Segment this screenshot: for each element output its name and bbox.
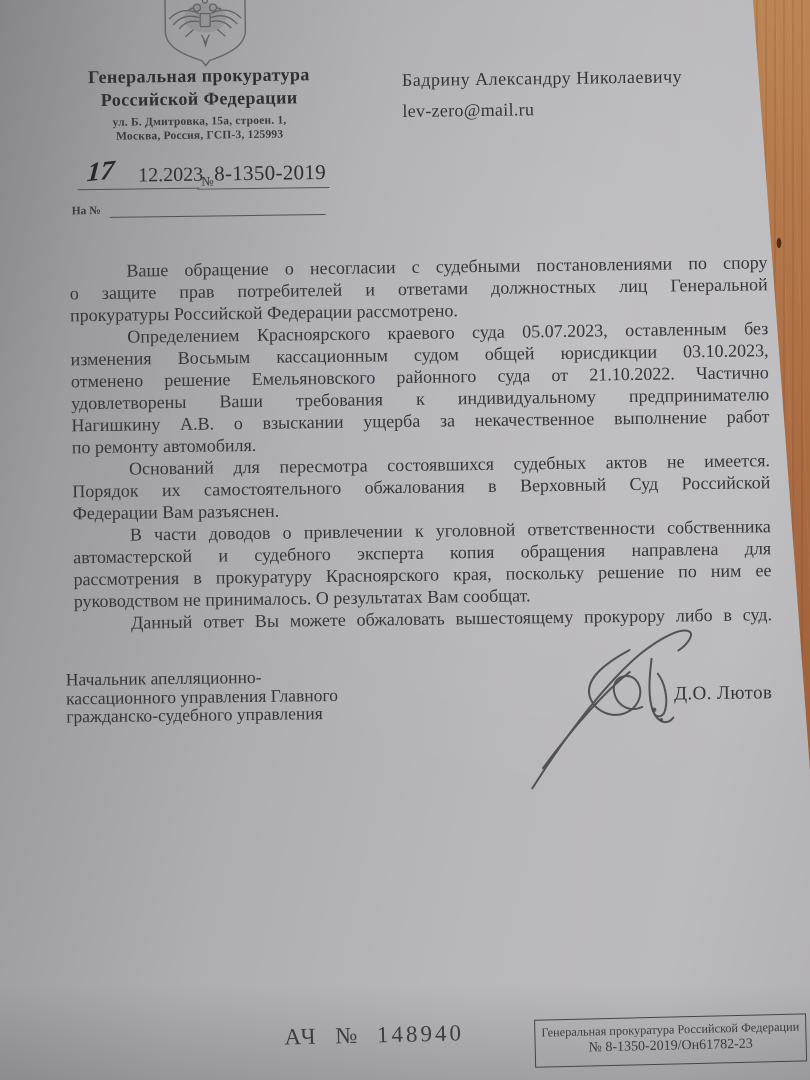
signer-position: Начальник апелляционно- кассационного уп…: [66, 666, 417, 726]
number-underline: [197, 187, 329, 190]
russia-coat-of-arms-icon: [153, 0, 258, 71]
outgoing-number: 8-1350-2019: [214, 160, 326, 186]
document-content: Генеральная прокуратура Российской Федер…: [0, 0, 810, 1080]
org-name-line2: Российской Федерации: [34, 85, 364, 112]
signer-name: Д.О. Лютов: [674, 682, 773, 705]
document-paper: Генеральная прокуратура Российской Федер…: [0, 0, 810, 1080]
recipient-name: Бадрину Александру Николаевичу: [402, 66, 682, 91]
recipient-email: lev-zero@mail.ru: [402, 99, 534, 122]
org-address: ул. Б. Дмитровка, 15а, строен. 1, Москва…: [34, 112, 364, 144]
incoming-ref-label: На №: [72, 205, 101, 217]
document-body: Ваше обращение о несогласии с судебными …: [69, 251, 772, 634]
handwritten-date-day: 17: [86, 155, 116, 189]
incoming-ref-underline: [110, 214, 326, 218]
org-name: Генеральная прокуратура Российской Федер…: [34, 62, 365, 112]
registration-stamp: Генеральная прокуратура Российской Федер…: [534, 1013, 807, 1067]
handwritten-signature: [526, 618, 718, 805]
org-address-line2: Москва, Россия, ГСП-3, 125993: [35, 126, 365, 144]
photo-of-document: { "colors":{"paper":"#b2b1b5","wood":"#a…: [0, 0, 810, 1080]
control-stamp-number: АЧ № 148940: [284, 1020, 464, 1050]
date-underline: [77, 188, 199, 191]
printed-date: 12.2023: [138, 164, 203, 188]
signer-position-line3: гражданско-судебного управления: [66, 703, 416, 726]
outgoing-number-label: №: [201, 173, 214, 189]
